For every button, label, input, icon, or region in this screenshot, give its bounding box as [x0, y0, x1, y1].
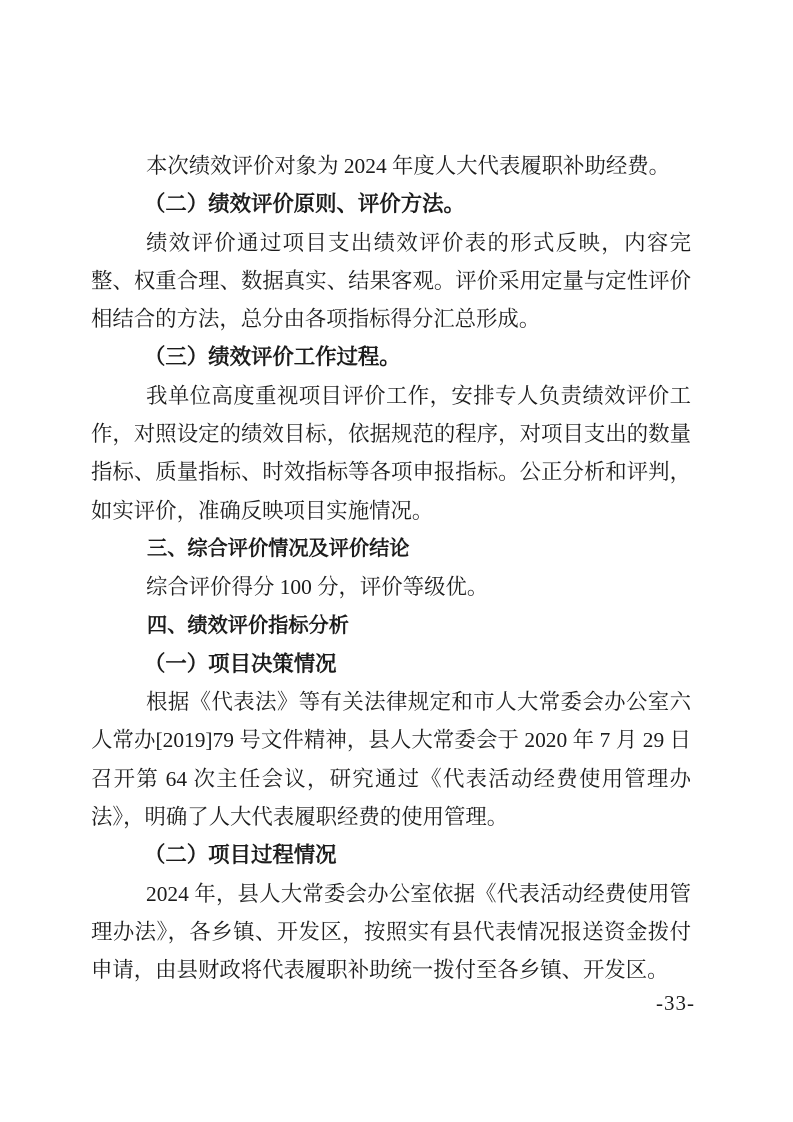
page-number: -33- — [656, 991, 695, 1016]
section-heading: 三、综合评价情况及评价结论 — [91, 530, 691, 568]
subsection-heading: （一）项目决策情况 — [91, 645, 691, 683]
section-heading: 四、绩效评价指标分析 — [91, 607, 691, 645]
subsection-heading: （二）项目过程情况 — [91, 836, 691, 874]
subsection-heading: （三）绩效评价工作过程。 — [91, 338, 691, 376]
paragraph: 根据《代表法》等有关法律规定和市人大常委会办公室六人常办[2019]79 号文件… — [91, 683, 691, 836]
document-page: 本次绩效评价对象为 2024 年度人大代表履职补助经费。（二）绩效评价原则、评价… — [0, 0, 793, 1122]
paragraph: 绩效评价通过项目支出绩效评价表的形式反映，内容完整、权重合理、数据真实、结果客观… — [91, 224, 691, 339]
paragraph: 综合评价得分 100 分，评价等级优。 — [91, 568, 691, 606]
paragraph: 2024 年，县人大常委会办公室依据《代表活动经费使用管理办法》，各乡镇、开发区… — [91, 875, 691, 990]
document-body: 本次绩效评价对象为 2024 年度人大代表履职补助经费。（二）绩效评价原则、评价… — [91, 147, 691, 990]
paragraph: 本次绩效评价对象为 2024 年度人大代表履职补助经费。 — [91, 147, 691, 185]
paragraph: 我单位高度重视项目评价工作，安排专人负责绩效评价工作，对照设定的绩效目标，依据规… — [91, 377, 691, 530]
subsection-heading: （二）绩效评价原则、评价方法。 — [91, 185, 691, 223]
